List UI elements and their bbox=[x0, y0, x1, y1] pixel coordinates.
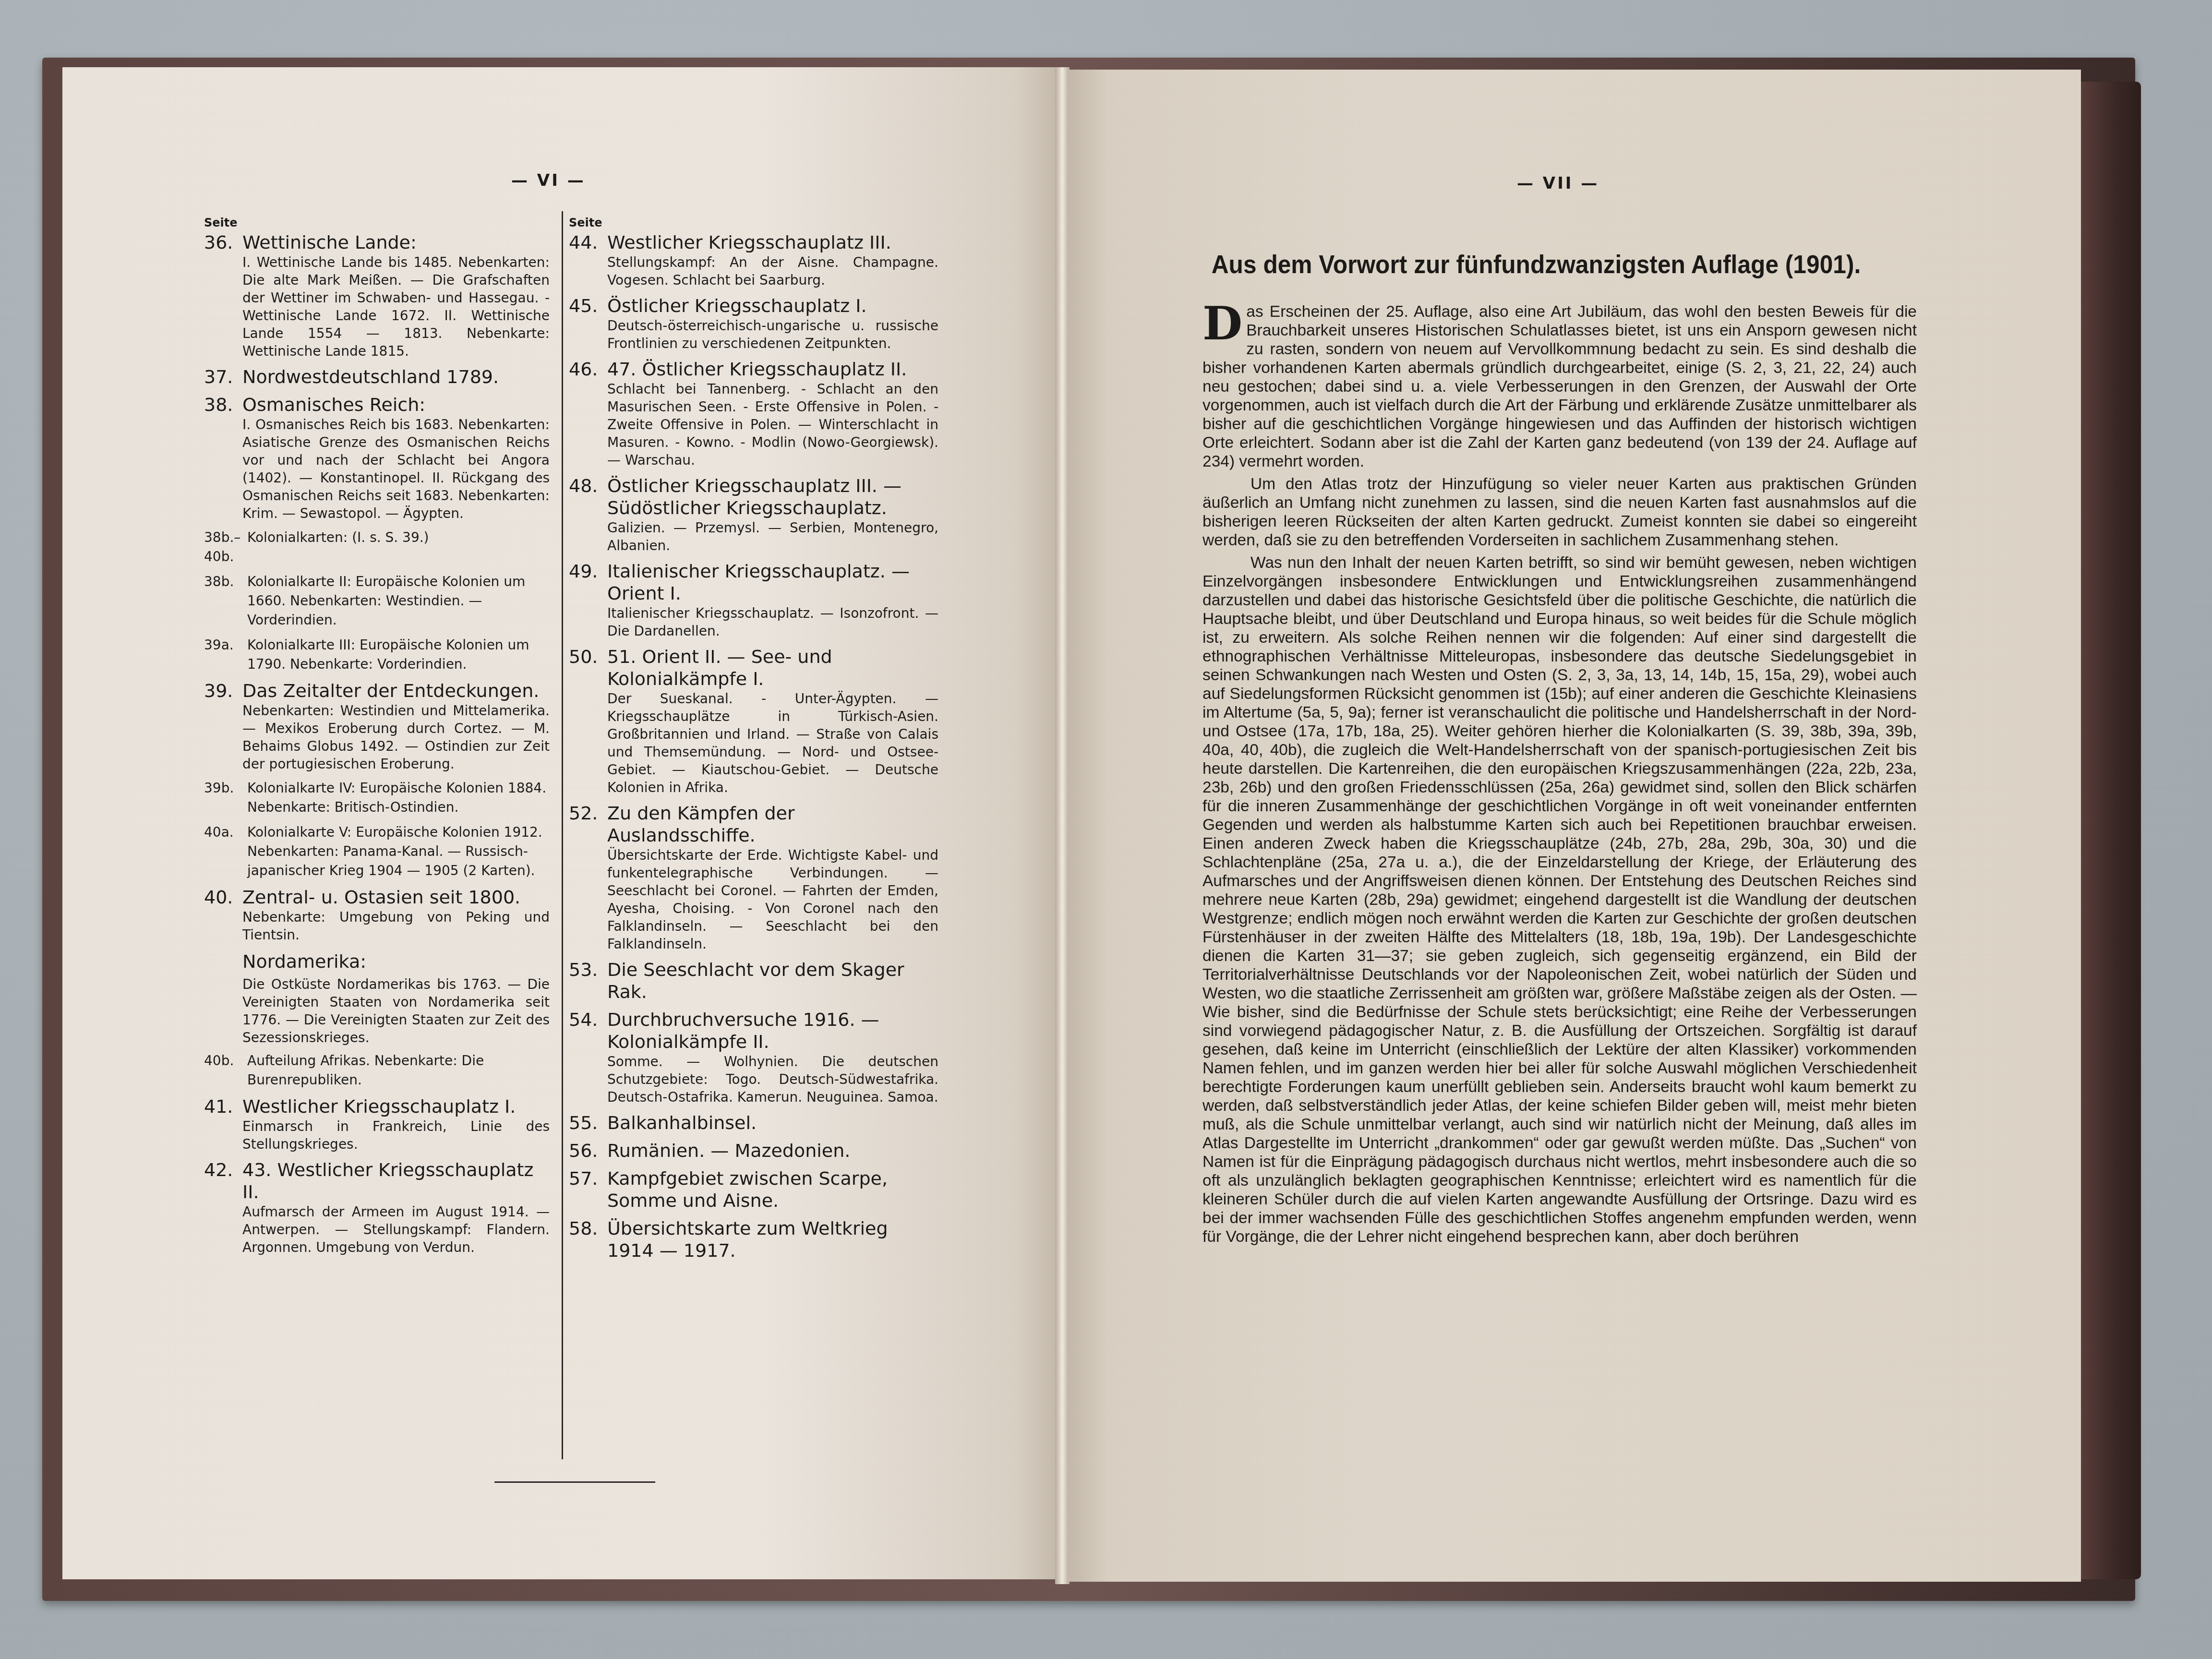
toc-entry-number: 38. bbox=[204, 394, 242, 522]
page-number-right: — VII — bbox=[1517, 174, 1599, 193]
toc-entry-number: 38b.–40b. bbox=[204, 528, 247, 566]
toc-entry: 55.Balkanhalbinsel. bbox=[569, 1112, 938, 1134]
toc-entry-desc: Übersichtskarte der Erde. Wichtigste Kab… bbox=[607, 846, 938, 953]
toc-entry: 41.Westlicher Kriegsschauplatz I.Einmars… bbox=[204, 1095, 550, 1153]
toc-entry-number: 50. bbox=[569, 646, 607, 796]
toc-entry-number: 45. bbox=[569, 295, 607, 352]
toc-entry-number: 39a. bbox=[204, 636, 247, 674]
toc-entry-desc: Galizien. — Przemysl. — Serbien, Montene… bbox=[607, 519, 938, 554]
toc-entry-title: Nordwestdeutschland 1789. bbox=[242, 366, 550, 388]
toc-entry: 48.Östlicher Kriegsschauplatz III. — Süd… bbox=[569, 475, 938, 554]
toc-entry-number: 40. bbox=[204, 886, 242, 944]
toc-entry: 40b.Aufteilung Afrikas. Nebenkarte: Die … bbox=[204, 1051, 550, 1090]
toc-entry-title: Durchbruchversuche 1916. — Kolonialkämpf… bbox=[607, 1009, 938, 1053]
page-number-left: — VI — bbox=[511, 171, 586, 190]
toc-entry-desc: Somme. — Wolhynien. Die deutschen Schutz… bbox=[607, 1053, 938, 1106]
toc-entry-desc: Nebenkarten: Westindien und Mittelamerik… bbox=[242, 702, 550, 773]
toc-entry-number: 53. bbox=[569, 959, 607, 1003]
toc-entry: 44.Westlicher Kriegsschauplatz III.Stell… bbox=[569, 231, 938, 289]
toc-entry: 39a.Kolonialkarte III: Europäische Kolon… bbox=[204, 636, 550, 674]
toc-entry-number: 39. bbox=[204, 680, 242, 773]
preface-text: Das Erscheinen der 25. Auflage, also ein… bbox=[1202, 302, 1917, 1250]
toc-entry-desc: Italienischer Kriegsschauplatz. — Isonzo… bbox=[607, 604, 938, 640]
toc-entry-title: Östlicher Kriegsschauplatz I. bbox=[607, 295, 938, 317]
toc-entry-title: Westlicher Kriegsschauplatz III. bbox=[607, 231, 938, 253]
toc-entry-title: Kolonialkarte II: Europäische Kolonien u… bbox=[247, 572, 550, 630]
toc-entry-title: Übersichtskarte zum Weltkrieg 1914 — 191… bbox=[607, 1217, 938, 1262]
toc-entry-title: 47. Östlicher Kriegsschauplatz II. bbox=[607, 358, 938, 380]
toc-entry-number: 40a. bbox=[204, 823, 247, 880]
book-cover-edge bbox=[2079, 82, 2141, 1579]
toc-entry-title: Östlicher Kriegsschauplatz III. — Südöst… bbox=[607, 475, 938, 519]
column-divider bbox=[562, 211, 563, 1459]
toc-entry-title: Kolonialkarten: (I. s. S. 39.) bbox=[247, 528, 550, 547]
toc-entry-desc: Aufmarsch der Armeen im August 1914. — A… bbox=[242, 1203, 550, 1256]
preface-title: Aus dem Vorwort zur fünfundzwanzigsten A… bbox=[1205, 250, 1867, 279]
toc-entry: 39.Das Zeitalter der Entdeckungen.Nebenk… bbox=[204, 680, 550, 773]
toc-entry: 36.Wettinische Lande:I. Wettinische Land… bbox=[204, 231, 550, 360]
toc-entry: 38.Osmanisches Reich:I. Osmanisches Reic… bbox=[204, 394, 550, 522]
toc-entry-title: 43. Westlicher Kriegsschauplatz II. bbox=[242, 1159, 550, 1203]
toc-entry-desc: Deutsch-österreichisch-ungarische u. rus… bbox=[607, 317, 938, 352]
toc-entry: 52.Zu den Kämpfen der Auslandsschiffe.Üb… bbox=[569, 802, 938, 953]
toc-entry-title: Osmanisches Reich: bbox=[242, 394, 550, 416]
subsection-desc: Die Ostküste Nordamerikas bis 1763. — Di… bbox=[242, 975, 550, 1046]
toc-entry-number: 57. bbox=[569, 1167, 607, 1212]
toc-entry-number: 58. bbox=[569, 1217, 607, 1262]
toc-entry-number: 41. bbox=[204, 1095, 242, 1153]
toc-entry-number: 36. bbox=[204, 231, 242, 360]
toc-entry-number: 49. bbox=[569, 560, 607, 640]
toc-entry: 54.Durchbruchversuche 1916. — Kolonialkä… bbox=[569, 1009, 938, 1106]
toc-entry-number: 39b. bbox=[204, 779, 247, 817]
preface-paragraph: Was nun den Inhalt der neuen Karten betr… bbox=[1202, 553, 1917, 1246]
toc-entry: 38b.–40b.Kolonialkarten: (I. s. S. 39.) bbox=[204, 528, 550, 566]
toc-entry: 45.Östlicher Kriegsschauplatz I.Deutsch-… bbox=[569, 295, 938, 352]
toc-entry-title: Aufteilung Afrikas. Nebenkarte: Die Bure… bbox=[247, 1051, 550, 1090]
toc-entry-number: 44. bbox=[569, 231, 607, 289]
toc-entry-number: 46. bbox=[569, 358, 607, 469]
seite-label: Seite bbox=[204, 216, 550, 229]
toc-entry-title: Zentral- u. Ostasien seit 1800. bbox=[242, 886, 550, 908]
toc-entry-desc: Schlacht bei Tannenberg. - Schlacht an d… bbox=[607, 380, 938, 469]
toc-entry-title: Balkanhalbinsel. bbox=[607, 1112, 938, 1134]
toc-entry-title: Kolonialkarte V: Europäische Kolonien 19… bbox=[247, 823, 550, 880]
toc-entry: 53.Die Seeschlacht vor dem Skager Rak. bbox=[569, 959, 938, 1003]
subsection-title: Nordamerika: bbox=[242, 950, 550, 973]
toc-entry-desc: I. Osmanisches Reich bis 1683. Nebenkart… bbox=[242, 416, 550, 522]
toc-entry-title: Wettinische Lande: bbox=[242, 231, 550, 253]
toc-entry: 58.Übersichtskarte zum Weltkrieg 1914 — … bbox=[569, 1217, 938, 1262]
toc-entry-number: 38b. bbox=[204, 572, 247, 630]
toc-entry-title: Kampfgebiet zwischen Scarpe, Somme und A… bbox=[607, 1167, 938, 1212]
toc-entry-title: Kolonialkarte IV: Europäische Kolonien 1… bbox=[247, 779, 550, 817]
toc-entry-number: 56. bbox=[569, 1140, 607, 1162]
toc-entry-title: Italienischer Kriegsschauplatz. — Orient… bbox=[607, 560, 938, 604]
end-rule bbox=[494, 1481, 655, 1483]
toc-entry-desc: Nebenkarte: Umgebung von Peking und Tien… bbox=[242, 908, 550, 944]
toc-entry-title: Die Seeschlacht vor dem Skager Rak. bbox=[607, 959, 938, 1003]
toc-entry: 40.Zentral- u. Ostasien seit 1800.Nebenk… bbox=[204, 886, 550, 944]
toc-entry: 42.43. Westlicher Kriegsschauplatz II.Au… bbox=[204, 1159, 550, 1256]
toc-entry: 50.51. Orient II. — See- und Kolonialkäm… bbox=[569, 646, 938, 796]
seite-label: Seite bbox=[569, 216, 938, 229]
toc-entry: 37.Nordwestdeutschland 1789. bbox=[204, 366, 550, 388]
preface-paragraph: Um den Atlas trotz der Hinzufügung so vi… bbox=[1202, 475, 1917, 550]
toc-entry-title: Rumänien. — Mazedonien. bbox=[607, 1140, 938, 1162]
toc-entry: 49.Italienischer Kriegsschauplatz. — Ori… bbox=[569, 560, 938, 640]
toc-entry-desc: Stellungskampf: An der Aisne. Champagne.… bbox=[607, 253, 938, 289]
toc-entry-number: 37. bbox=[204, 366, 242, 388]
toc-entry: 38b.Kolonialkarte II: Europäische Koloni… bbox=[204, 572, 550, 630]
toc-entry-desc: I. Wettinische Lande bis 1485. Nebenkart… bbox=[242, 253, 550, 360]
toc-entry-number: 55. bbox=[569, 1112, 607, 1134]
toc-entry-title: 51. Orient II. — See- und Kolonialkämpfe… bbox=[607, 646, 938, 690]
toc-entry-title: Kolonialkarte III: Europäische Kolonien … bbox=[247, 636, 550, 674]
toc-entry: 57.Kampfgebiet zwischen Scarpe, Somme un… bbox=[569, 1167, 938, 1212]
preface-paragraph: Das Erscheinen der 25. Auflage, also ein… bbox=[1202, 302, 1917, 471]
drop-cap: D bbox=[1202, 304, 1242, 343]
toc-entry: 40a.Kolonialkarte V: Europäische Kolonie… bbox=[204, 823, 550, 880]
toc-entry: 39b.Kolonialkarte IV: Europäische Koloni… bbox=[204, 779, 550, 817]
toc-entry-title: Zu den Kämpfen der Auslandsschiffe. bbox=[607, 802, 938, 846]
toc-entry-title: Westlicher Kriegsschauplatz I. bbox=[242, 1095, 550, 1118]
toc-entry-number: 40b. bbox=[204, 1051, 247, 1090]
toc-entry-desc: Der Sueskanal. - Unter-Ägypten. — Kriegs… bbox=[607, 690, 938, 796]
toc-column-left: Seite 36.Wettinische Lande:I. Wettinisch… bbox=[204, 216, 550, 1262]
toc-entry-number: 52. bbox=[569, 802, 607, 953]
toc-column-right: Seite 44.Westlicher Kriegsschauplatz III… bbox=[569, 216, 938, 1267]
toc-entry-number: 48. bbox=[569, 475, 607, 554]
book-gutter bbox=[1055, 67, 1070, 1584]
toc-entry: 46.47. Östlicher Kriegsschauplatz II.Sch… bbox=[569, 358, 938, 469]
toc-entry: 56.Rumänien. — Mazedonien. bbox=[569, 1140, 938, 1162]
toc-entry-title: Das Zeitalter der Entdeckungen. bbox=[242, 680, 550, 702]
toc-entry-desc: Einmarsch in Frankreich, Linie des Stell… bbox=[242, 1118, 550, 1153]
toc-entry-number: 42. bbox=[204, 1159, 242, 1256]
toc-entry-number: 54. bbox=[569, 1009, 607, 1106]
